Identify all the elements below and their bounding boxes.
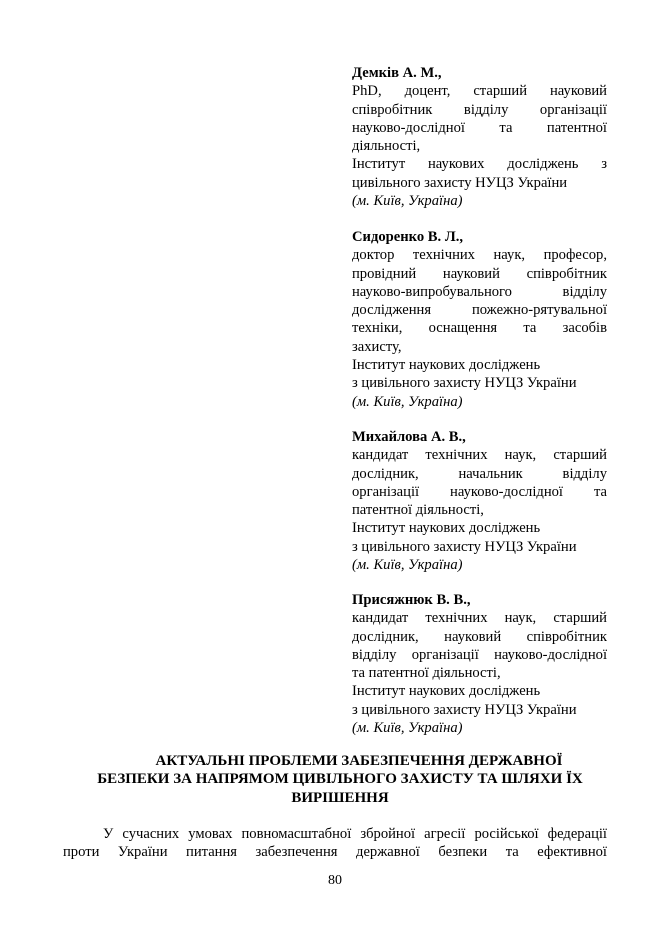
affiliation-line: з цивільного захисту НУЦЗ України: [352, 374, 607, 392]
author-block-prysiazhniuk: Присяжнюк В. В., кандидат технічних наук…: [352, 591, 607, 737]
title-line: БЕЗПЕКИ ЗА НАПРЯМОМ ЦИВІЛЬНОГО ЗАХИСТУ Т…: [70, 770, 610, 788]
affiliation-line: дослідник, начальник відділу: [352, 465, 607, 483]
author-city: (м. Київ, Україна): [352, 393, 607, 411]
affiliation-line: науково-дослідної та патентної: [352, 119, 607, 137]
body-line: проти України питання забезпечення держа…: [63, 843, 607, 861]
affiliation-line: діяльності,: [352, 137, 607, 155]
author-name: Демків А. М.,: [352, 64, 607, 82]
article-title: АКТУАЛЬНІ ПРОБЛЕМИ ЗАБЕЗПЕЧЕННЯ ДЕРЖАВНО…: [70, 752, 610, 807]
author-name: Михайлова А. В.,: [352, 428, 607, 446]
body-paragraph: У сучасних умовах повномасштабної збройн…: [63, 825, 607, 862]
affiliation-line: доктор технічних наук, професор,: [352, 246, 607, 264]
affiliation-line: захисту,: [352, 338, 607, 356]
affiliation-line: Інститут наукових досліджень: [352, 356, 607, 374]
affiliation-line: з цивільного захисту НУЦЗ України: [352, 538, 607, 556]
affiliation-line: Інститут наукових досліджень з: [352, 155, 607, 173]
page-number: 80: [0, 873, 670, 889]
affiliation-line: дослідник, науковий співробітник: [352, 628, 607, 646]
affiliation-line: патентної діяльності,: [352, 501, 607, 519]
affiliation-line: техніки, оснащення та засобів: [352, 319, 607, 337]
affiliation-line: дослідження пожежно-рятувальної: [352, 301, 607, 319]
affiliation-line: науково-випробувального відділу: [352, 283, 607, 301]
affiliation-line: PhD, доцент, старший науковий: [352, 82, 607, 100]
affiliation-line: відділу організації науково-дослідної: [352, 646, 607, 664]
author-city: (м. Київ, Україна): [352, 556, 607, 574]
affiliation-line: співробітник відділу організації: [352, 101, 607, 119]
affiliation-line: цивільного захисту НУЦЗ України: [352, 174, 607, 192]
author-block-sydorenko: Сидоренко В. Л., доктор технічних наук, …: [352, 228, 607, 411]
affiliation-line: Інститут наукових досліджень: [352, 682, 607, 700]
author-block-demkiv: Демків А. М., PhD, доцент, старший науко…: [352, 64, 607, 210]
affiliation-line: кандидат технічних наук, старший: [352, 609, 607, 627]
author-city: (м. Київ, Україна): [352, 719, 607, 737]
title-line: ВИРІШЕННЯ: [70, 789, 610, 807]
author-city: (м. Київ, Україна): [352, 192, 607, 210]
body-line: У сучасних умовах повномасштабної збройн…: [63, 825, 607, 843]
affiliation-line: провідний науковий співробітник: [352, 265, 607, 283]
affiliation-line: кандидат технічних наук, старший: [352, 446, 607, 464]
affiliation-line: організації науково-дослідної та: [352, 483, 607, 501]
author-name: Сидоренко В. Л.,: [352, 228, 607, 246]
affiliation-line: та патентної діяльності,: [352, 664, 607, 682]
affiliation-line: з цивільного захисту НУЦЗ України: [352, 701, 607, 719]
author-name: Присяжнюк В. В.,: [352, 591, 607, 609]
title-line: АКТУАЛЬНІ ПРОБЛЕМИ ЗАБЕЗПЕЧЕННЯ ДЕРЖАВНО…: [70, 752, 610, 770]
author-block-mykhailova: Михайлова А. В., кандидат технічних наук…: [352, 428, 607, 574]
affiliation-line: Інститут наукових досліджень: [352, 519, 607, 537]
